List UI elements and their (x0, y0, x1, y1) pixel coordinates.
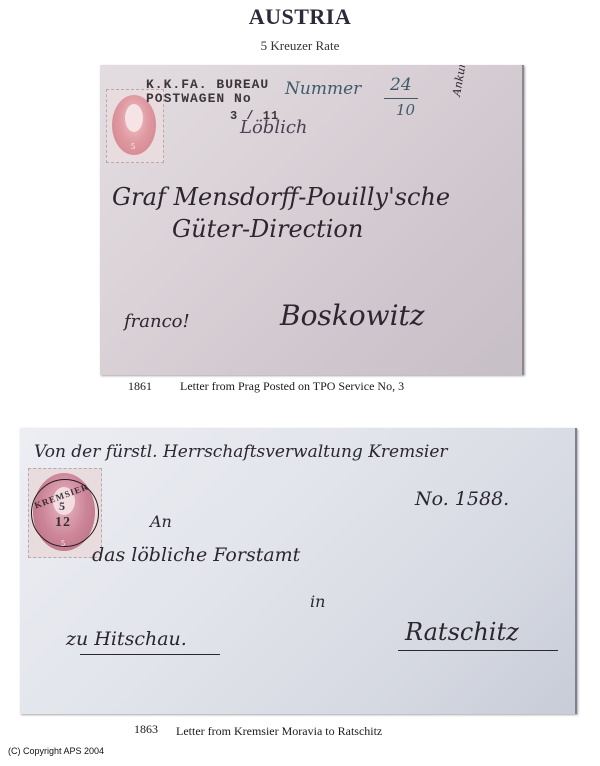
cancel-line-2: POSTWAGEN No (146, 91, 252, 106)
address-line-7: Ratschitz (405, 618, 519, 646)
cover-1861-image: 5 K.K.FA. BUREAU POSTWAGEN No 3 / 11 Num… (100, 65, 524, 375)
address-line-6: zu Hitschau. (66, 628, 187, 650)
address-underline-1 (80, 654, 220, 655)
address-line-3: Güter-Direction (172, 215, 363, 243)
stamp-5-kreuzer-eagle: 5 12 KREMSIER 5 (28, 468, 102, 558)
cover-1863-image: 5 12 KREMSIER 5 Von der fürstl. Herrscha… (20, 428, 577, 714)
address-line-2: Graf Mensdorff-Pouilly'sche (112, 183, 450, 211)
postmark-month: 12 (55, 515, 71, 531)
docket-fraction-top: 24 (390, 75, 412, 95)
stamp-value: 5 (131, 142, 135, 151)
cover-1-year: 1861 (128, 379, 152, 394)
cover-2-caption: Letter from Kremsier Moravia to Ratschit… (176, 724, 382, 739)
edge-note (22, 429, 35, 437)
franz-joseph-head-icon (125, 104, 143, 132)
address-line-4: franco! (124, 311, 190, 332)
address-line-1: Von der fürstl. Herrschaftsverwaltung Kr… (34, 442, 448, 462)
address-line-5: in (310, 592, 325, 611)
copyright-notice: (C) Copyright APS 2004 (8, 746, 104, 756)
docket-side-note: Ankunft (450, 65, 471, 97)
cover-1-caption: Letter from Prag Posted on TPO Service N… (180, 379, 404, 394)
page-subtitle: 5 Kreuzer Rate (0, 38, 600, 54)
address-line-3: An (150, 512, 172, 531)
fraction-line (384, 98, 418, 99)
cancel-line-1: K.K.FA. BUREAU (146, 77, 269, 92)
address-line-2: No. 1588. (415, 488, 509, 510)
docket-fraction-bottom: 10 (396, 101, 415, 119)
address-line-1: Löblich (240, 117, 308, 138)
cover-2-year: 1863 (134, 722, 158, 737)
address-line-4: das löbliche Forstamt (92, 544, 300, 566)
page-title: AUSTRIA (0, 4, 600, 30)
address-line-5: Boskowitz (280, 299, 425, 332)
address-underline-2 (398, 650, 558, 651)
stamp-value: 5 (61, 539, 65, 548)
docket-note: Nummer (285, 79, 361, 99)
